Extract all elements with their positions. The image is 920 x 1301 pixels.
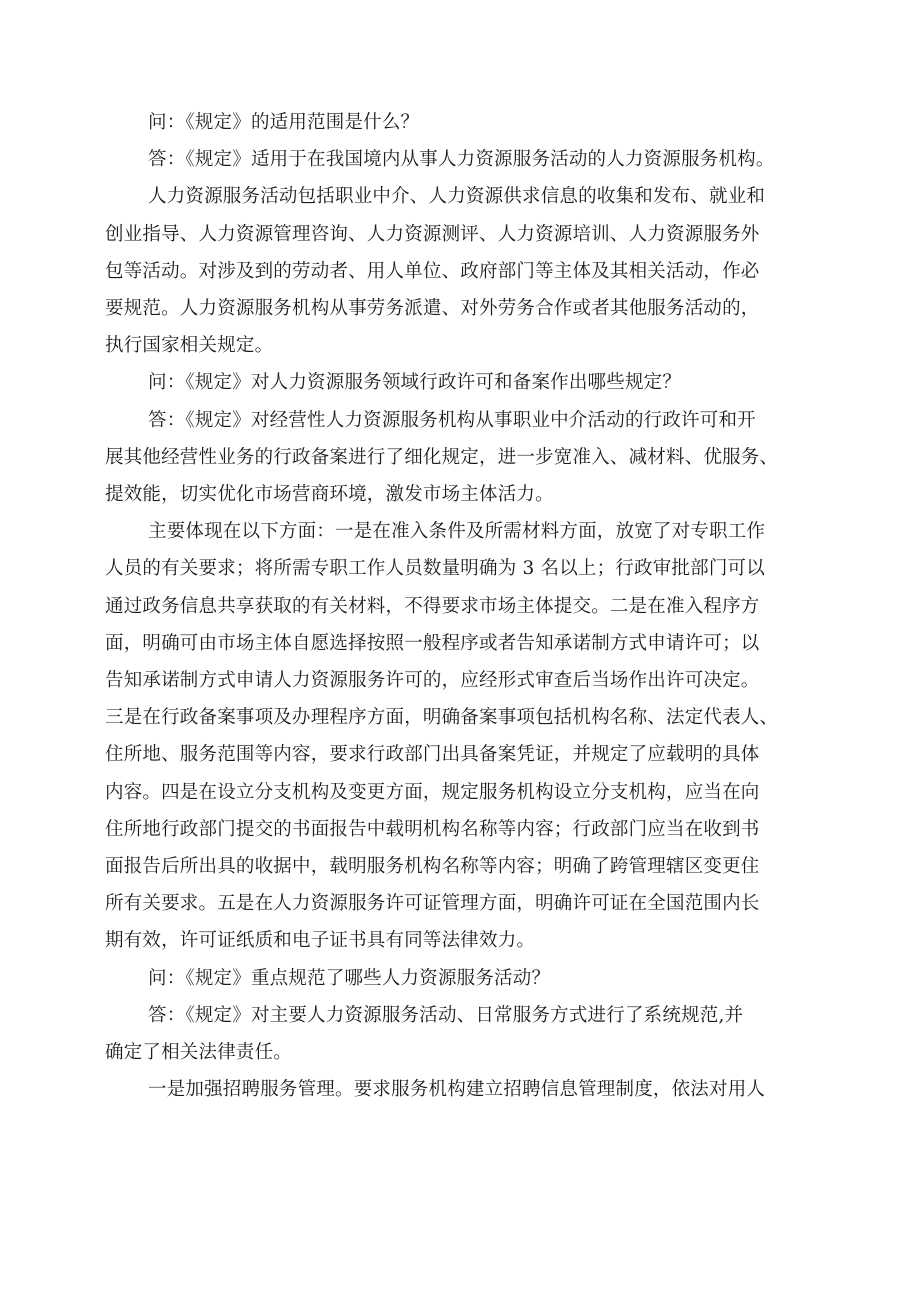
text-line: 执行国家相关规定。 — [105, 327, 821, 364]
text-line: 内容。四是在设立分支机构及变更方面，规定服务机构设立分支机构，应当在向 — [105, 774, 821, 811]
text-line: 答：《规定》对经营性人力资源服务机构从事职业中介活动的行政许可和开 — [105, 402, 821, 439]
text-line: 一是加强招聘服务管理。要求服务机构建立招聘信息管理制度，依法对用人 — [105, 1071, 821, 1108]
text-line: 问：《规定》重点规范了哪些人力资源服务活动？ — [105, 960, 821, 997]
text-line: 包等活动。对涉及到的劳动者、用人单位、政府部门等主体及其相关活动，作必 — [105, 253, 821, 290]
text-line: 通过政务信息共享获取的有关材料，不得要求市场主体提交。二是在准入程序方 — [105, 588, 821, 625]
text-line: 住所地、服务范围等内容，要求行政部门出具备案凭证，并规定了应载明的具体 — [105, 736, 821, 773]
text-line: 住所地行政部门提交的书面报告中载明机构名称等内容；行政部门应当在收到书 — [105, 811, 821, 848]
text-line: 面报告后所出具的收据中，载明服务机构名称等内容；明确了跨管理辖区变更住 — [105, 848, 821, 885]
text-line: 面，明确可由市场主体自愿选择按照一般程序或者告知承诺制方式申请许可；以 — [105, 625, 821, 662]
text-line: 确定了相关法律责任。 — [105, 1034, 821, 1071]
text-line: 人员的有关要求；将所需专职工作人员数量明确为 3 名以上；行政审批部门可以 — [105, 550, 821, 587]
text-line: 所有关要求。五是在人力资源服务许可证管理方面，明确许可证在全国范围内长 — [105, 885, 821, 922]
text-line: 期有效，许可证纸质和电子证书具有同等法律效力。 — [105, 922, 821, 959]
text-line: 答：《规定》适用于在我国境内从事人力资源服务活动的人力资源服务机构。 — [105, 141, 821, 178]
text-line: 人力资源服务活动包括职业中介、人力资源供求信息的收集和发布、就业和 — [105, 178, 821, 215]
text-line: 主要体现在以下方面：一是在准入条件及所需材料方面，放宽了对专职工作 — [105, 513, 821, 550]
document-page: 问：《规定》的适用范围是什么？答：《规定》适用于在我国境内从事人力资源服务活动的… — [105, 104, 821, 1108]
text-line: 创业指导、人力资源管理咨询、人力资源测评、人力资源培训、人力资源服务外 — [105, 216, 821, 253]
text-line: 三是在行政备案事项及办理程序方面，明确备案事项包括机构名称、法定代表人、 — [105, 699, 821, 736]
text-line: 问：《规定》的适用范围是什么？ — [105, 104, 821, 141]
text-line: 告知承诺制方式申请人力资源服务许可的，应经形式审查后当场作出许可决定。 — [105, 662, 821, 699]
text-line: 要规范。人力资源服务机构从事劳务派遣、对外劳务合作或者其他服务活动的， — [105, 290, 821, 327]
text-line: 展其他经营性业务的行政备案进行了细化规定，进一步宽准入、减材料、优服务、 — [105, 439, 821, 476]
text-line: 提效能，切实优化市场营商环境，激发市场主体活力。 — [105, 476, 821, 513]
text-line: 答：《规定》对主要人力资源服务活动、日常服务方式进行了系统规范,并 — [105, 997, 821, 1034]
text-line: 问：《规定》对人力资源服务领域行政许可和备案作出哪些规定？ — [105, 364, 821, 401]
